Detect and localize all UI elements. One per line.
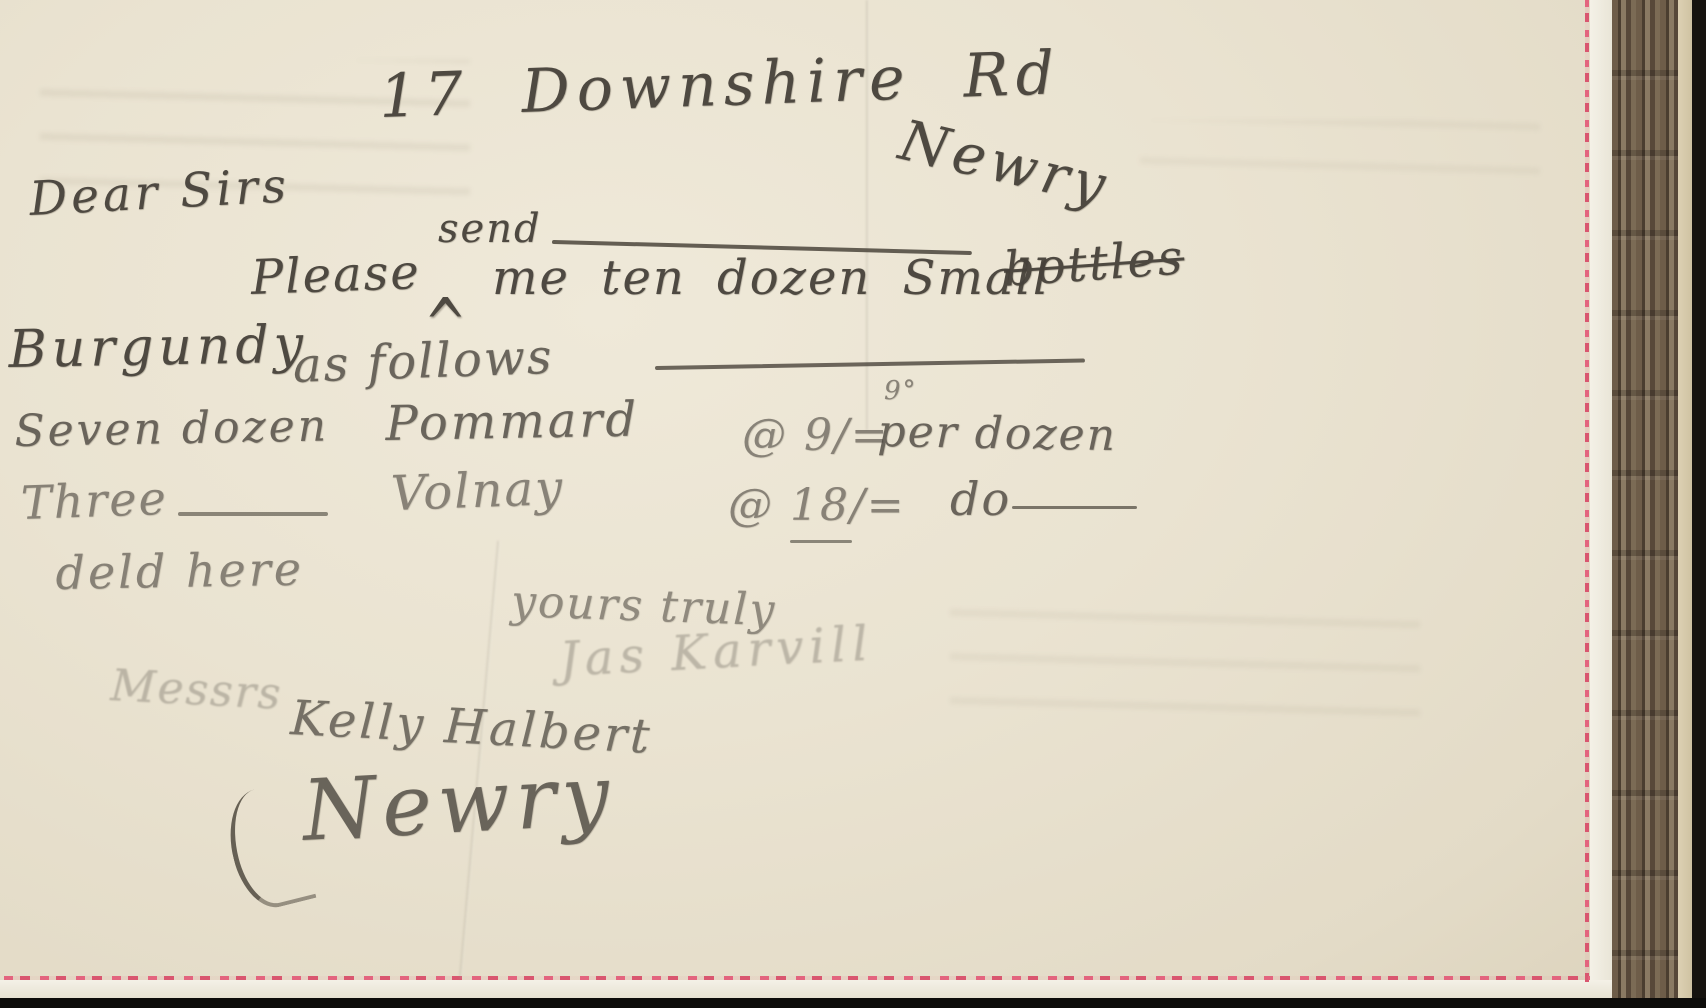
request-continuation: me ten dozen Small — [492, 250, 1050, 306]
underlying-page-edge — [1678, 0, 1692, 1008]
wine-type: Burgundy — [8, 315, 309, 380]
page-stack-edges — [1612, 0, 1678, 1008]
show-through-text-top-right — [1140, 120, 1540, 190]
marbled-pink-edge-horizontal — [4, 976, 1590, 980]
page-edge-white-right — [1590, 0, 1612, 998]
delivery-note: deld here — [55, 542, 304, 600]
letter-book-photograph: 17 Downshire Rd Newry Dear Sirs Please s… — [0, 0, 1706, 1008]
marbled-pink-edge-vertical — [1585, 0, 1589, 982]
order-wine: Pommard — [385, 392, 640, 452]
order-price-note: 9° — [884, 376, 918, 406]
ditto-dash — [178, 512, 328, 516]
show-through-text-middle-right — [950, 600, 1420, 730]
request-opening: Please — [250, 244, 422, 306]
addressee-prefix: Messrs — [109, 660, 283, 720]
addressee-place: Newry — [300, 746, 617, 860]
order-price: @ 18/= — [728, 480, 906, 531]
price-double-dash — [790, 540, 852, 543]
order-wine: Volnay — [390, 460, 565, 522]
page-edge-white-bottom — [0, 980, 1612, 998]
order-quantity: Seven dozen — [14, 401, 329, 457]
do-dash — [1012, 506, 1137, 509]
as-follows: as follows — [292, 329, 554, 394]
book-cover-right — [1692, 0, 1706, 1008]
order-unit: per dozen — [877, 406, 1117, 461]
inserted-word-send: send — [438, 206, 542, 252]
book-cover-bottom — [0, 998, 1706, 1008]
order-unit: do — [950, 472, 1011, 526]
order-price: @ 9/= — [742, 410, 890, 461]
order-quantity: Three — [20, 471, 169, 530]
